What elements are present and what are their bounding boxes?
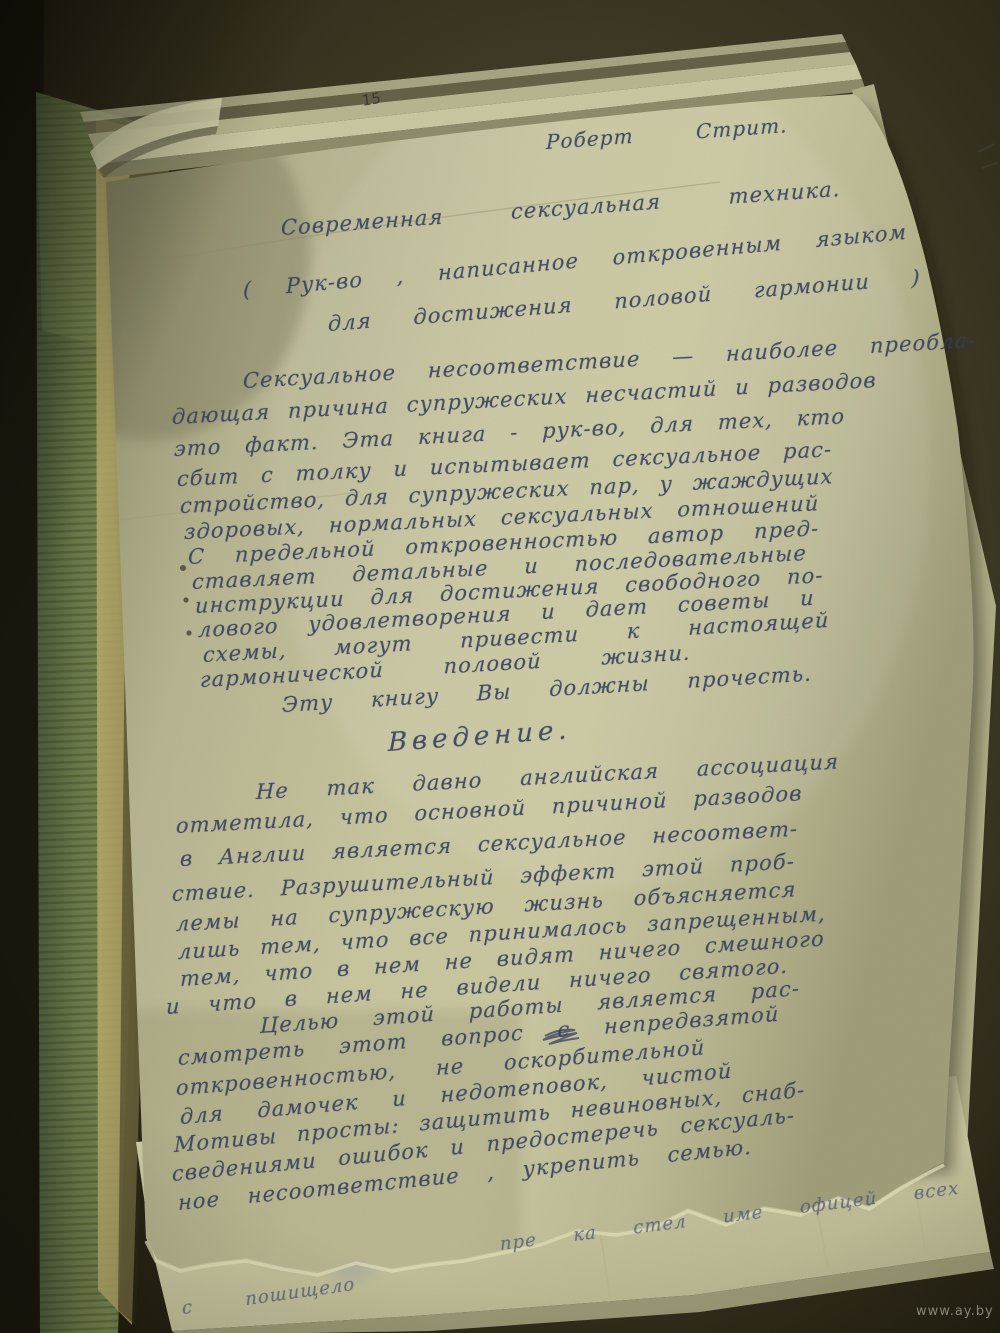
handwritten-line: Современная сексуальная техника.: [281, 177, 840, 240]
handwritten-line: с пошищело: [181, 1274, 356, 1319]
handwritten-line: пре ка стел име офицей всех: [499, 1178, 959, 1255]
watermark: www.ay.by: [916, 1304, 994, 1319]
page-number-note: 15: [361, 89, 382, 110]
author-line: Роберт Стрит.: [546, 113, 788, 154]
photo-of-manuscript: 15 Роберт Стрит. Современная сексуальная…: [0, 0, 1000, 1333]
handwriting-layer: 15 Роберт Стрит. Современная сексуальная…: [0, 0, 1000, 1333]
section-heading: Введение.: [388, 715, 572, 758]
